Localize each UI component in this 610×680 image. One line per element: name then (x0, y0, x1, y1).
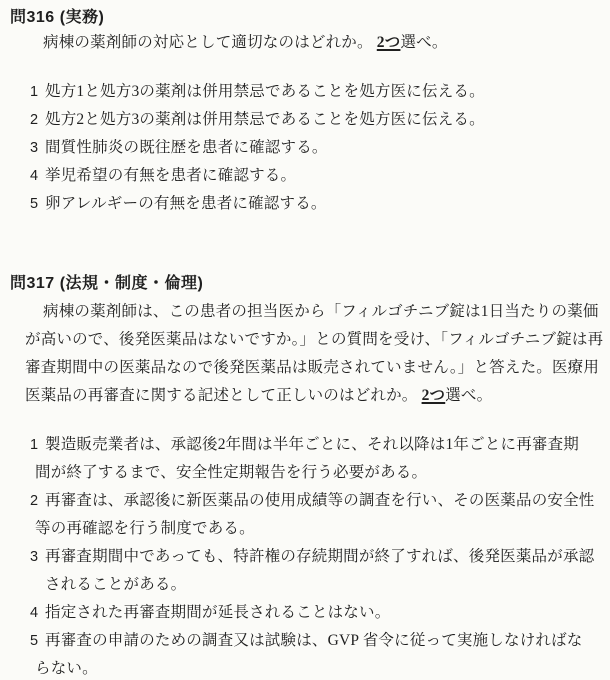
option-text: 処方1と処方3の薬剤は併用禁忌であることを処方医に伝える。 (45, 83, 485, 100)
option-text-continued: らない。 (30, 655, 595, 680)
option-text: 挙児希望の有無を患者に確認する。 (45, 167, 296, 184)
question-316-number: 問316 (10, 9, 55, 26)
question-317-paragraph: 病棟の薬剤師は、この患者の担当医から「フィルゴチニブ錠は1日当たりの薬価 が高い… (25, 298, 603, 410)
option-row: 3再審査期間中であっても、特許権の存続期間が終了すれば、後発医薬品が承認 される… (30, 543, 595, 599)
paragraph-line: が高いので、後発医薬品はないですか。」との質問を受け、「フィルゴチニブ錠は再 (25, 326, 603, 354)
lead-text-tail: 選べ。 (400, 34, 447, 51)
paragraph-line: 病棟の薬剤師は、この患者の担当医から「フィルゴチニブ錠は1日当たりの薬価 (25, 298, 603, 326)
option-row: 1処方1と処方3の薬剤は併用禁忌であることを処方医に伝える。 (30, 78, 485, 106)
option-row: 4指定された再審査期間が延長されることはない。 (30, 599, 595, 627)
paragraph-text-tail: 選べ。 (445, 387, 492, 404)
question-316-heading: 問316(実務) (10, 6, 104, 30)
option-text: 製造販売業者は、承認後2年間は半年ごとに、それ以降は1年ごとに再審査期 (45, 436, 579, 453)
select-two-emphasis: 2つ (422, 387, 446, 404)
option-text: 間質性肺炎の既往歴を患者に確認する。 (45, 139, 328, 156)
question-316-category: (実務) (60, 9, 105, 26)
option-number: 1 (30, 431, 45, 459)
option-number: 1 (30, 78, 45, 106)
question-317-options: 1製造販売業者は、承認後2年間は半年ごとに、それ以降は1年ごとに再審査期 間が終… (30, 431, 595, 680)
option-text: 再審査の申請のための調査又は試験は、GVP 省令に従って実施しなければな (45, 632, 583, 649)
option-text: 処方2と処方3の薬剤は併用禁忌であることを処方医に伝える。 (45, 111, 485, 128)
question-317-number: 問317 (10, 275, 55, 292)
lead-text: 病棟の薬剤師の対応として適切なのはどれか。 (43, 34, 377, 51)
question-316-options: 1処方1と処方3の薬剤は併用禁忌であることを処方医に伝える。 2処方2と処方3の… (30, 78, 485, 218)
option-number: 2 (30, 487, 45, 515)
option-text: 再審査は、承認後に新医薬品の使用成績等の調査を行い、その医薬品の安全性 (45, 492, 595, 509)
option-text: 指定された再審査期間が延長されることはない。 (45, 604, 390, 621)
option-number: 5 (30, 190, 45, 218)
option-text-continued: 間が終了するまで、安全性定期報告を行う必要がある。 (30, 459, 595, 487)
option-number: 2 (30, 106, 45, 134)
paragraph-line: 医薬品の再審査に関する記述として正しいのはどれか。 2つ選べ。 (25, 382, 603, 410)
option-number: 3 (30, 543, 45, 571)
option-row: 3間質性肺炎の既往歴を患者に確認する。 (30, 134, 485, 162)
option-number: 3 (30, 134, 45, 162)
option-row: 5再審査の申請のための調査又は試験は、GVP 省令に従って実施しなければな らな… (30, 627, 595, 680)
question-317-heading: 問317(法規・制度・倫理) (10, 272, 203, 296)
select-two-emphasis: 2つ (377, 34, 401, 51)
question-317-category: (法規・制度・倫理) (60, 275, 204, 292)
option-number: 4 (30, 162, 45, 190)
exam-document-page: 問316(実務) 病棟の薬剤師の対応として適切なのはどれか。 2つ選べ。 1処方… (0, 0, 610, 680)
question-316-lead-sentence: 病棟の薬剤師の対応として適切なのはどれか。 2つ選べ。 (43, 29, 448, 57)
option-text-continued: 等の再確認を行う制度である。 (30, 515, 595, 543)
option-row: 1製造販売業者は、承認後2年間は半年ごとに、それ以降は1年ごとに再審査期 間が終… (30, 431, 595, 487)
paragraph-line: 審査期間中の医薬品なので後発医薬品は販売されていません。」と答えた。医療用 (25, 354, 603, 382)
option-row: 5卵アレルギーの有無を患者に確認する。 (30, 190, 485, 218)
option-text-continued: されることがある。 (30, 571, 595, 599)
option-number: 5 (30, 627, 45, 655)
option-text: 再審査期間中であっても、特許権の存続期間が終了すれば、後発医薬品が承認 (45, 548, 594, 565)
option-number: 4 (30, 599, 45, 627)
option-row: 2再審査は、承認後に新医薬品の使用成績等の調査を行い、その医薬品の安全性 等の再… (30, 487, 595, 543)
paragraph-text: 医薬品の再審査に関する記述として正しいのはどれか。 (25, 387, 422, 404)
option-row: 4挙児希望の有無を患者に確認する。 (30, 162, 485, 190)
option-text: 卵アレルギーの有無を患者に確認する。 (45, 195, 327, 212)
option-row: 2処方2と処方3の薬剤は併用禁忌であることを処方医に伝える。 (30, 106, 485, 134)
